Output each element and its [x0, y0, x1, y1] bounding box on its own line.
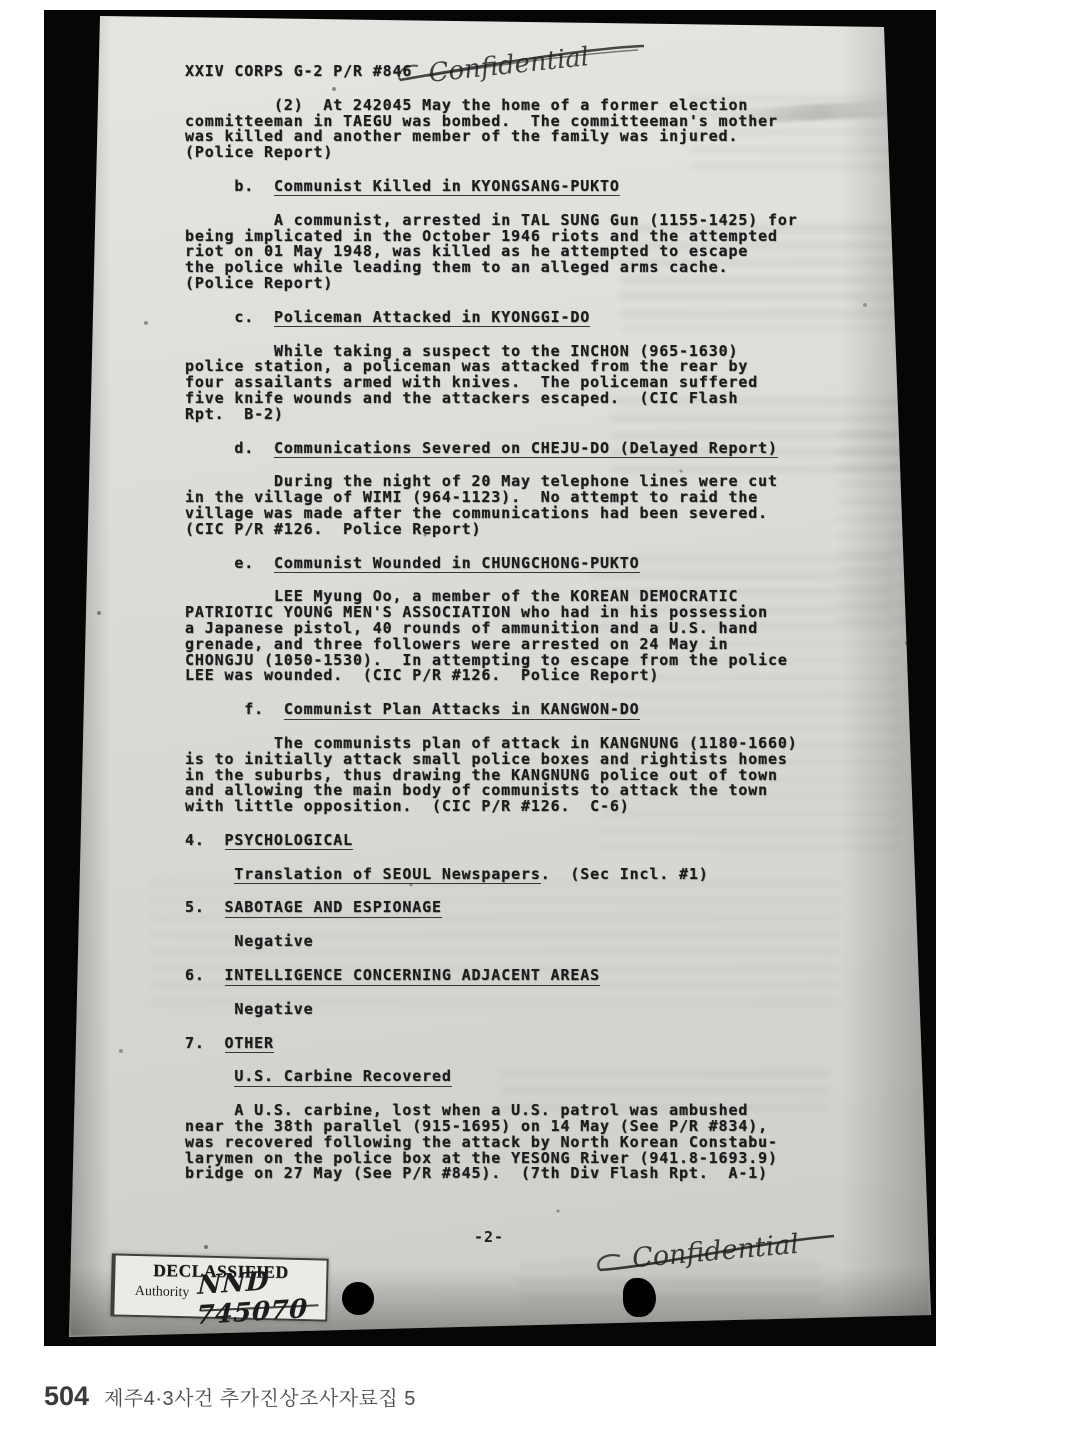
para-e: LEE Myung Oo, a member of the KOREAN DEM… — [185, 589, 845, 684]
declassified-authority-handwriting: NND 745070 — [196, 1263, 327, 1331]
heading-title: Communist Wounded in CHUNGCHONG-PUKTO — [274, 554, 640, 574]
book-footer-page-number: 504 — [44, 1381, 89, 1412]
book-footer-title: 제주4·3사건 추가진상조사자료집 5 — [104, 1382, 416, 1411]
heading-prefix: 7. — [185, 1034, 225, 1052]
para-us-carbine: A U.S. carbine, lost when a U.S. patrol … — [185, 1103, 845, 1182]
paper-specks — [0, 0, 2, 2]
heading-6-intelligence: 6. INTELLIGENCE CONCERNING ADJACENT AREA… — [185, 968, 845, 984]
typed-page-number: -2- — [474, 1228, 504, 1246]
para-taegu-bombing: (2) At 242045 May the home of a former e… — [185, 98, 845, 161]
heading-title: U.S. Carbine Recovered — [234, 1067, 451, 1087]
confidential-text-top: Confidential — [427, 42, 590, 89]
line-psych-translation: Translation of SEOUL Newspapers. (Sec In… — [185, 867, 845, 883]
hole-punch-right — [623, 1278, 656, 1317]
book-footer: 504 제주4·3사건 추가진상조사자료집 5 — [44, 1381, 416, 1412]
para-f: The communists plan of attack in KANGNUN… — [185, 736, 845, 815]
para-c: While taking a suspect to the INCHON (96… — [185, 344, 845, 423]
heading-7-other: 7. OTHER — [185, 1036, 845, 1052]
heading-title: SABOTAGE AND ESPIONAGE — [225, 898, 442, 918]
hole-punch-left — [342, 1282, 374, 1315]
heading-title: Communist Killed in KYONGSANG-PUKTO — [274, 177, 620, 197]
heading-5-sabotage: 5. SABOTAGE AND ESPIONAGE — [185, 900, 845, 916]
heading-prefix: 5. — [185, 898, 225, 916]
typed-text-column: XXIV CORPS G-2 P/R #846 (2) At 242045 Ma… — [185, 64, 845, 1200]
heading-title: INTELLIGENCE CONCERNING ADJACENT AREAS — [225, 966, 600, 986]
para-b: A communist, arrested in TAL SUNG Gun (1… — [185, 213, 845, 292]
heading-title: PSYCHOLOGICAL — [225, 831, 353, 851]
heading-c: c. Policeman Attacked in KYONGGI-DO — [185, 310, 845, 326]
heading-us-carbine: U.S. Carbine Recovered — [185, 1069, 845, 1085]
declassified-authority-label: Authority — [135, 1284, 190, 1301]
heading-rest: . (Sec Incl. #1) — [541, 865, 709, 883]
heading-prefix: 6. — [185, 966, 225, 984]
line-negative-5: Negative — [185, 934, 845, 950]
heading-title: Communist Plan Attacks in KANGWON-DO — [284, 700, 640, 720]
heading-4-psychological: 4. PSYCHOLOGICAL — [185, 833, 845, 849]
heading-d: d. Communications Severed on CHEJU-DO (D… — [185, 441, 845, 457]
heading-prefix: d. — [185, 439, 274, 457]
heading-title: Policeman Attacked in KYONGGI-DO — [274, 308, 590, 328]
heading-prefix: e. — [185, 554, 274, 572]
heading-e: e. Communist Wounded in CHUNGCHONG-PUKTO — [185, 556, 845, 572]
heading-f: f. Communist Plan Attacks in KANGWON-DO — [185, 702, 845, 718]
line-negative-6: Negative — [185, 1002, 845, 1018]
confidential-handwriting-bottom: Confidential — [596, 1224, 841, 1284]
confidential-handwriting-top: Confidential — [398, 34, 648, 92]
heading-title: Communications Severed on CHEJU-DO (Dela… — [274, 439, 778, 459]
book-page: XXIV CORPS G-2 P/R #846 (2) At 242045 Ma… — [0, 0, 1080, 1439]
heading-prefix: f. — [185, 700, 284, 718]
heading-prefix: b. — [185, 177, 274, 195]
heading-prefix — [185, 865, 234, 883]
heading-prefix: c. — [185, 308, 274, 326]
heading-title: OTHER — [225, 1034, 274, 1054]
heading-prefix: 4. — [185, 831, 225, 849]
para-d: During the night of 20 May telephone lin… — [185, 474, 845, 537]
heading-title: Translation of SEOUL Newspapers — [234, 865, 540, 885]
heading-b: b. Communist Killed in KYONGSANG-PUKTO — [185, 179, 845, 195]
heading-prefix — [185, 1067, 234, 1085]
declassified-stamp: DECLASSIFIED Authority NND 745070 — [110, 1253, 328, 1321]
